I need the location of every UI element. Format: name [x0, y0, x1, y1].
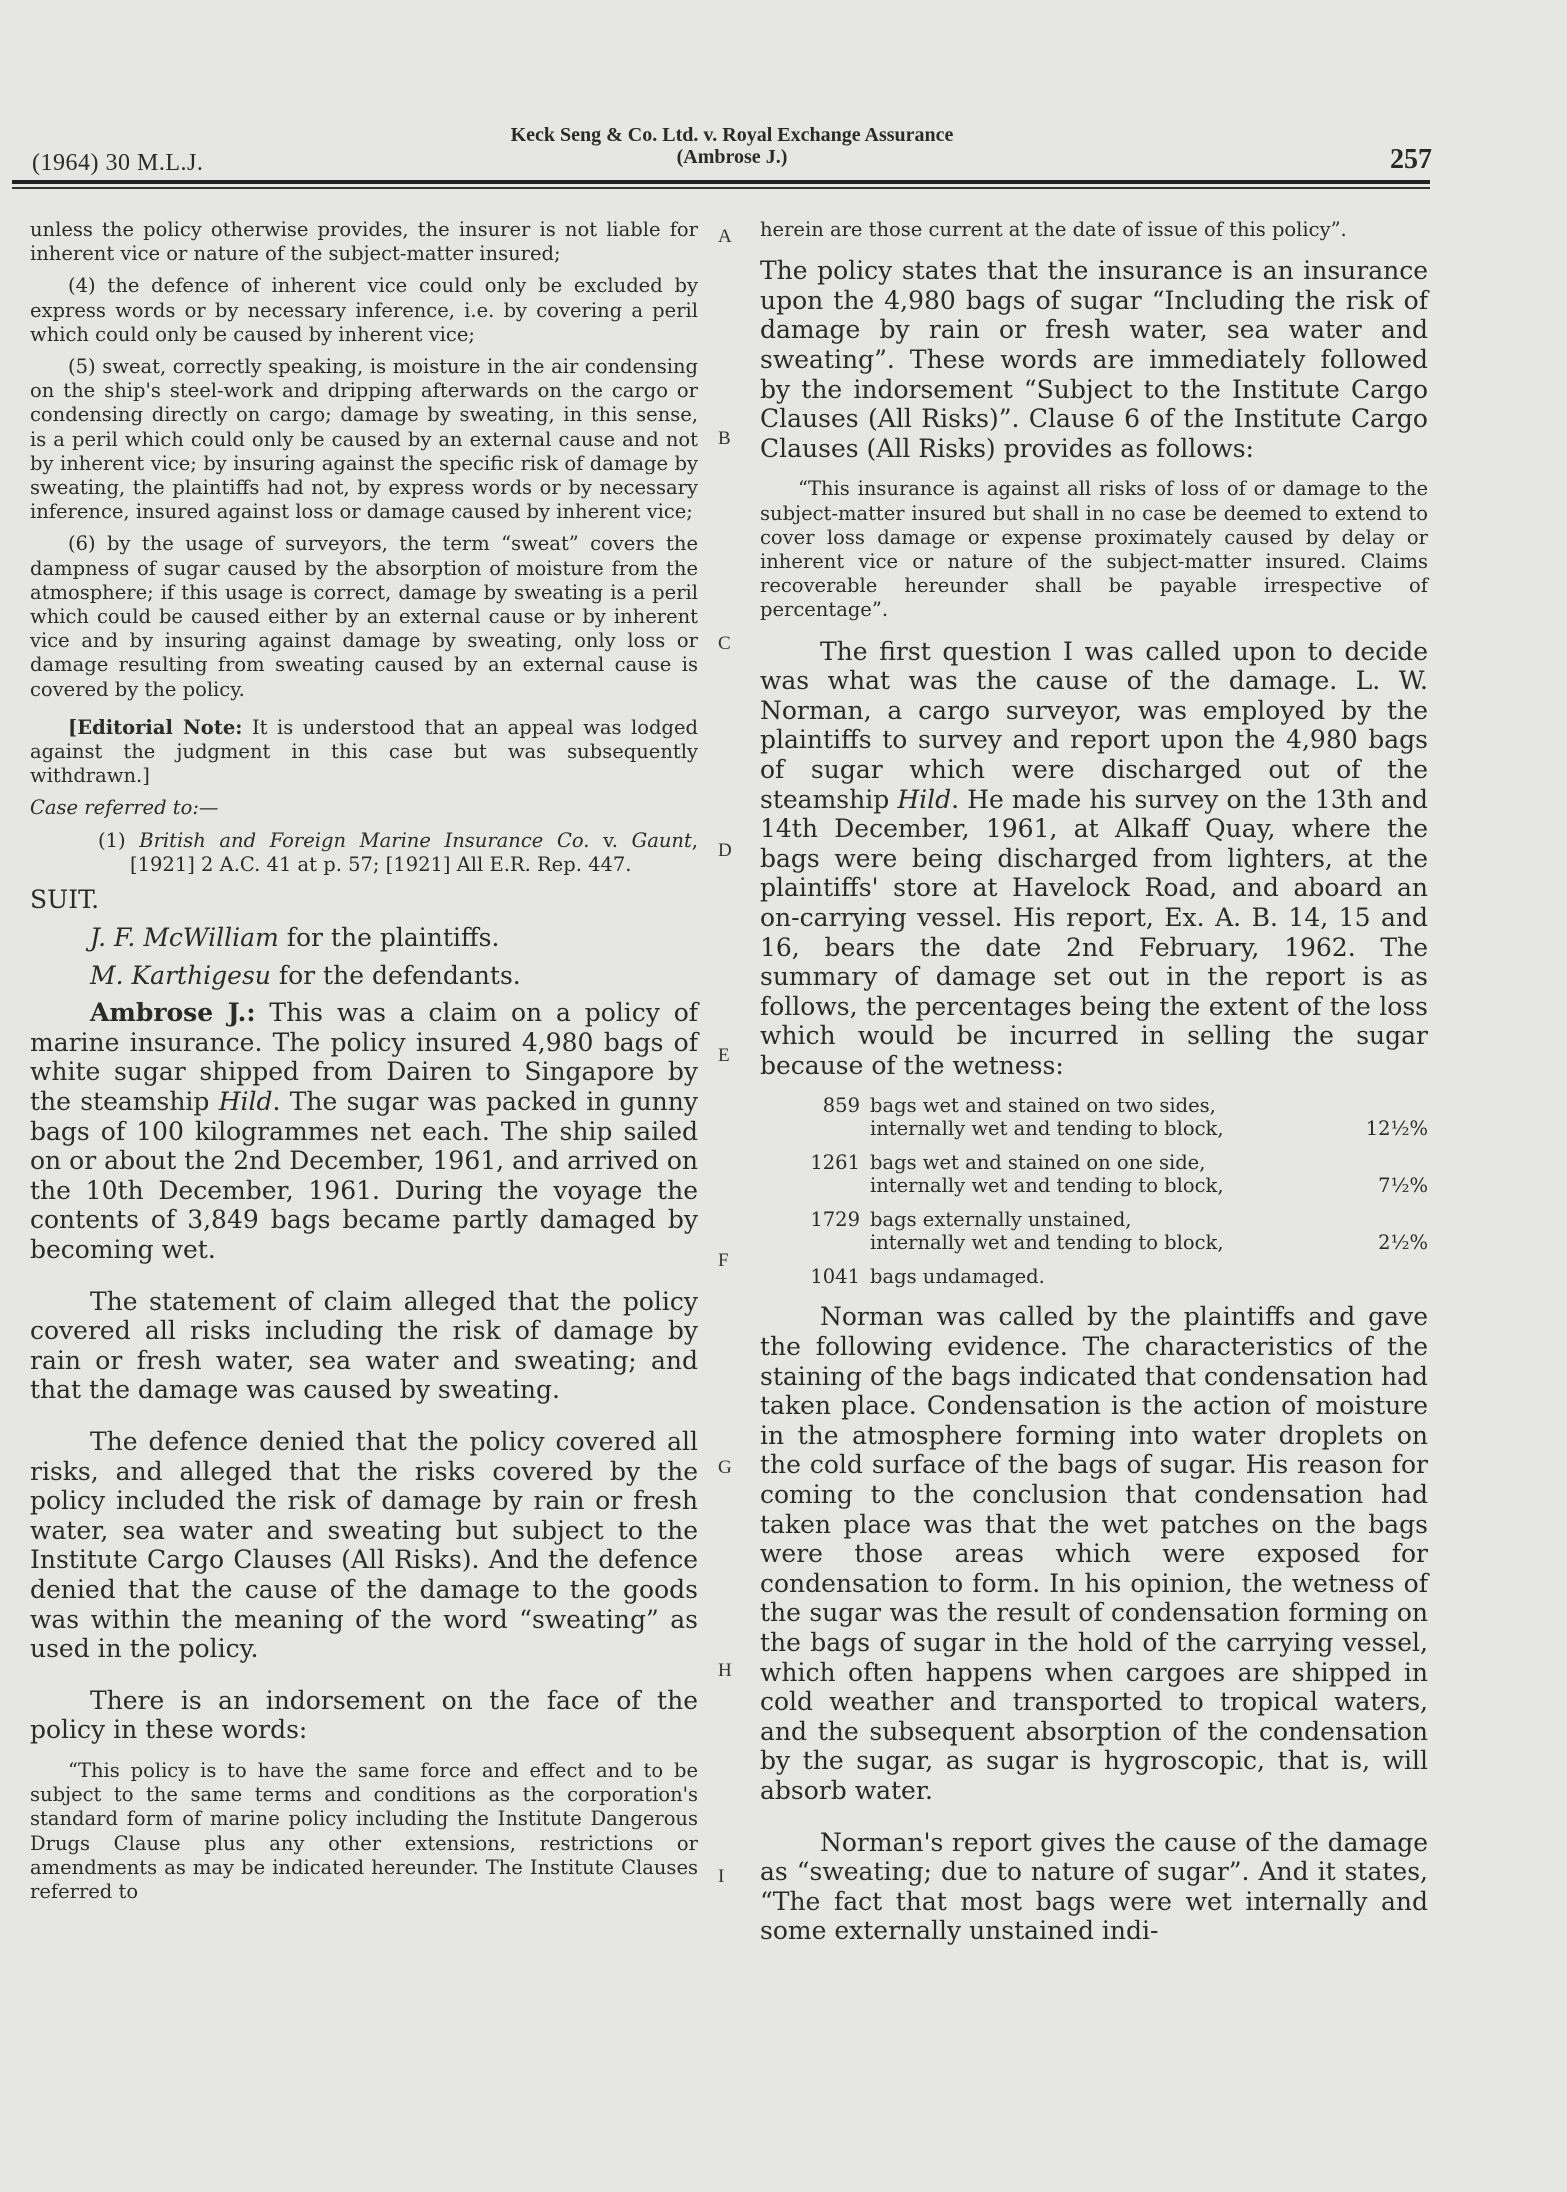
ship-name: Hild	[897, 785, 951, 814]
indorsement-quote-continued: herein are those current at the date of …	[760, 218, 1428, 242]
case-versus: v.	[589, 829, 631, 852]
loss-percentage: 7½%	[1338, 1174, 1428, 1197]
case-party: Gaunt	[632, 829, 692, 852]
case-title: Keck Seng & Co. Ltd. v. Royal Exchange A…	[32, 124, 1432, 146]
margin-letter-b: B	[718, 428, 731, 450]
margin-letter-e: E	[718, 1045, 730, 1067]
paragraph-norman-report: Norman's report gives the cause of the d…	[760, 1828, 1428, 1946]
header-rule-thin	[12, 187, 1430, 189]
bag-count: 1261	[760, 1151, 870, 1197]
judgment-paragraph-1: Ambrose J.: This was a claim on a policy…	[30, 998, 698, 1264]
damage-line-2: internally wet and tending to block,	[870, 1117, 1224, 1140]
holding-5: (5) sweat, correctly speaking, is moistu…	[30, 355, 698, 524]
counsel-plaintiffs-role: for the plaintiffs.	[279, 923, 500, 952]
damage-description: bags undamaged.	[870, 1265, 1428, 1288]
margin-letter-c: C	[718, 633, 731, 655]
cases-referred-heading: Case referred to:—	[30, 796, 698, 820]
editorial-note: [Editorial Note: It is understood that a…	[30, 716, 698, 789]
paragraph-indorsement: There is an indorsement on the face of t…	[30, 1686, 698, 1745]
paragraph-first-question: The first question I was called upon to …	[760, 637, 1428, 1081]
damage-line-2: internally wet and tending to block,	[870, 1174, 1224, 1197]
bag-count: 859	[760, 1094, 870, 1140]
loss-percentage: 12½%	[1338, 1117, 1428, 1140]
page-number: 257	[1390, 144, 1432, 176]
bag-count: 1041	[760, 1265, 870, 1288]
damage-row: 1261 bags wet and stained on one side,in…	[760, 1151, 1428, 1197]
damage-line-1: bags wet and stained on two sides,	[870, 1094, 1216, 1117]
paragraph-defence: The defence denied that the policy cover…	[30, 1427, 698, 1664]
holding-6: (6) by the usage of surveyors, the term …	[30, 532, 698, 701]
margin-letter-g: G	[718, 1457, 732, 1479]
counsel-defendants-name: M. Karthigesu	[90, 961, 271, 990]
left-column: unless the policy otherwise provides, th…	[30, 218, 698, 1904]
damage-description: bags wet and stained on two sides,intern…	[870, 1094, 1338, 1140]
counsel-defendants-role: for the defendants.	[271, 961, 521, 990]
damage-line-1: bags wet and stained on one side,	[870, 1151, 1205, 1174]
suit-label: SUIT.	[30, 885, 698, 915]
holding-4: (4) the defence of inherent vice could o…	[30, 274, 698, 347]
paragraph-statement-of-claim: The statement of claim alleged that the …	[30, 1287, 698, 1405]
margin-letter-a: A	[718, 226, 732, 248]
holding-3-continued: unless the policy otherwise provides, th…	[30, 218, 698, 266]
running-header: (1964) 30 M.L.J. Keck Seng & Co. Ltd. v.…	[32, 120, 1432, 180]
indorsement-quote: “This policy is to have the same force a…	[30, 1759, 698, 1904]
paragraph-norman-evidence: Norman was called by the plaintiffs and …	[760, 1302, 1428, 1805]
counsel-defendants: M. Karthigesu for the defendants.	[30, 961, 698, 991]
judge-name: (Ambrose J.)	[32, 146, 1432, 168]
case-referred-1: (1) British and Foreign Marine Insurance…	[30, 829, 698, 877]
right-column: herein are those current at the date of …	[760, 218, 1428, 1946]
case-title-block: Keck Seng & Co. Ltd. v. Royal Exchange A…	[32, 124, 1432, 168]
damage-description: bags wet and stained on one side,interna…	[870, 1151, 1338, 1197]
margin-letter-i: I	[718, 1866, 724, 1888]
damage-line-1: bags externally unstained,	[870, 1208, 1132, 1231]
clause-6-quote: “This insurance is against all risks of …	[760, 477, 1428, 622]
damage-description: bags externally unstained,internally wet…	[870, 1208, 1338, 1254]
judgment-judge-label: Ambrose J.:	[90, 998, 256, 1027]
damage-summary-table: 859 bags wet and stained on two sides,in…	[760, 1094, 1428, 1288]
ship-name: Hild	[219, 1087, 273, 1116]
paragraph-policy-states: The policy states that the insurance is …	[760, 256, 1428, 463]
first-question-text-b: . He made his survey on the 13th and 14t…	[760, 785, 1428, 1080]
counsel-plaintiffs: J. F. McWilliam for the plaintiffs.	[30, 923, 698, 953]
law-report-page: (1964) 30 M.L.J. Keck Seng & Co. Ltd. v.…	[0, 0, 1567, 2192]
case-name: British and Foreign Marine Insurance Co.	[139, 829, 589, 852]
damage-line-2: internally wet and tending to block,	[870, 1231, 1224, 1254]
damage-row: 1729 bags externally unstained,internall…	[760, 1208, 1428, 1254]
editorial-note-label: [Editorial Note:	[68, 716, 242, 739]
counsel-plaintiffs-name: J. F. McWilliam	[90, 923, 279, 952]
damage-row: 1041 bags undamaged.	[760, 1265, 1428, 1288]
margin-letter-h: H	[718, 1660, 732, 1682]
case-number: (1)	[98, 829, 139, 852]
header-rule-thick	[12, 180, 1430, 184]
bag-count: 1729	[760, 1208, 870, 1254]
margin-letter-d: D	[718, 840, 732, 862]
margin-letter-f: F	[718, 1250, 729, 1272]
damage-row: 859 bags wet and stained on two sides,in…	[760, 1094, 1428, 1140]
loss-percentage: 2½%	[1338, 1231, 1428, 1254]
